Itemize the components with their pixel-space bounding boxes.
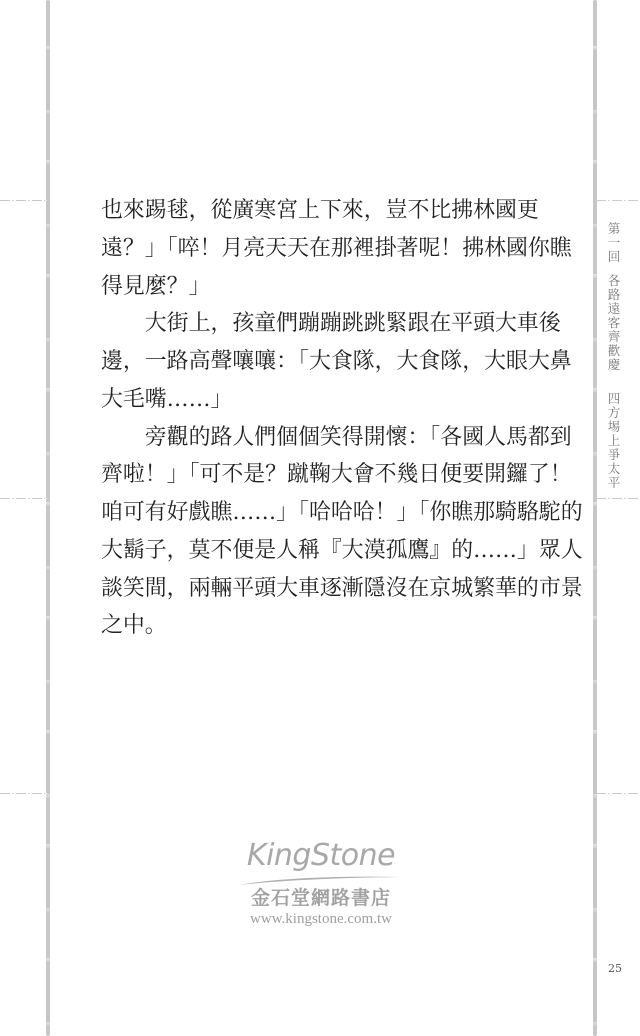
- text-line: 得見麼？」: [101, 268, 541, 306]
- chapter-number: 第一回: [606, 222, 621, 264]
- text-line: 咱可有好戲瞧……」「哈哈哈！」「你瞧那騎駱駝的: [101, 494, 541, 532]
- left-margin-tick: [0, 793, 47, 794]
- running-head: 第一回各路遠客齊歡慶四方埸上爭太平: [606, 222, 620, 490]
- left-margin-tick: [0, 200, 47, 201]
- right-margin-tick: [596, 200, 640, 201]
- text-line: 大毛嘴……」: [101, 381, 541, 419]
- text-line: 大鬍子，莫不便是人稱『大漠孤鷹』的……」眾人: [101, 532, 541, 570]
- left-margin-tick: [0, 498, 47, 499]
- text-line: 遠？」「啐！月亮天天在那裡掛著呢！拂林國你瞧: [101, 230, 541, 268]
- text-line: 大街上，孩童們蹦蹦跳跳緊跟在平頭大車後: [101, 305, 541, 343]
- watermark-chinese-name: 金石堂網路書店: [226, 886, 416, 910]
- text-line: 之中。: [101, 607, 541, 645]
- right-margin-tick: [596, 793, 640, 794]
- text-line: 齊啦！」「可不是？蹴鞠大會不幾日便要開鑼了！: [101, 456, 541, 494]
- text-line: 旁觀的路人們個個笑得開懷：「各國人馬都到: [101, 419, 541, 457]
- chapter-title-part1: 各路遠客齊歡慶: [606, 274, 621, 372]
- page-number: 25: [608, 962, 622, 975]
- text-line: 也來踢毬，從廣寒宮上下來，豈不比拂林國更: [101, 192, 541, 230]
- text-line: 邊，一路高聲嚷嚷：「大食隊，大食隊，大眼大鼻: [101, 343, 541, 381]
- left-brush-border: [46, 0, 50, 1036]
- watermark-url: www.kingstone.com.tw: [226, 910, 416, 928]
- body-text: 也來踢毬，從廣寒宮上下來，豈不比拂林國更 遠？」「啐！月亮天天在那裡掛著呢！拂林…: [101, 192, 541, 645]
- text-line: 談笑間，兩輛平頭大車逐漸隱沒在京城繁華的市景: [101, 570, 541, 608]
- watermark-brand: KingStone: [226, 838, 416, 874]
- right-brush-border: [593, 0, 597, 1036]
- swoosh-icon: [236, 874, 406, 886]
- chapter-title-part2: 四方埸上爭太平: [606, 392, 621, 490]
- right-margin-tick: [596, 498, 640, 499]
- kingstone-watermark: KingStone 金石堂網路書店 www.kingstone.com.tw: [226, 838, 416, 928]
